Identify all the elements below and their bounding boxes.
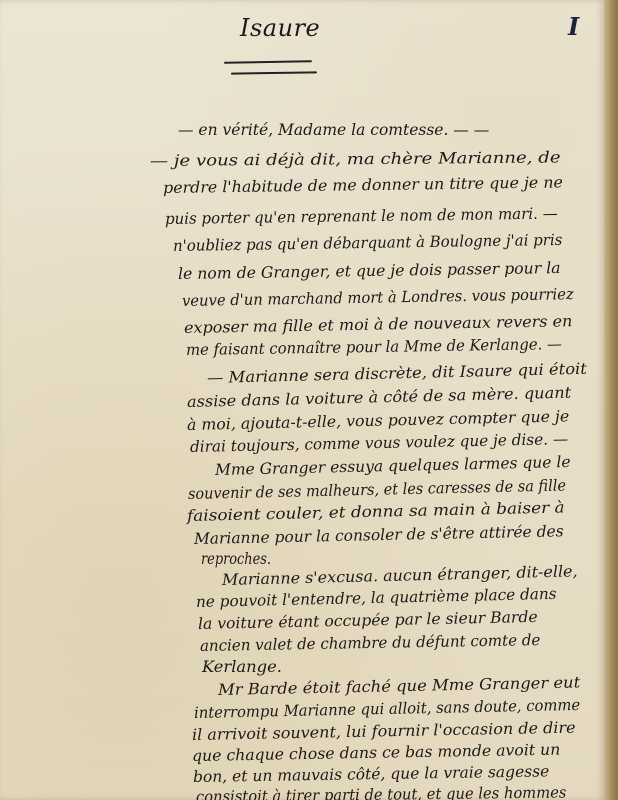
manuscript-line: me faisant connaître pour la Mme de Kerl…	[186, 334, 562, 360]
manuscript-line: veuve d'un marchand mort à Londres. vous…	[182, 284, 574, 311]
title-underline-2	[231, 71, 317, 74]
manuscript-line: la voiture étant occupée par le sieur Ba…	[198, 607, 538, 634]
manuscript-line: puis porter qu'en reprenant le nom de mo…	[165, 204, 558, 229]
title-underline-1	[224, 60, 312, 64]
manuscript-line: perdre l'habitude de me donner un titre …	[163, 172, 563, 198]
manuscript-page: Isaure I — en vérité, Madame la comtesse…	[0, 0, 604, 800]
manuscript-line: Marianne pour la consoler de s'être atti…	[194, 521, 564, 549]
manuscript-line: reproches.	[201, 549, 271, 569]
manuscript-line: Kerlange.	[202, 657, 282, 677]
manuscript-line: — en vérité, Madame la comtesse. — —	[178, 120, 558, 140]
binding-edge	[604, 0, 618, 800]
manuscript-line: — je vous ai déjà dit, ma chère Marianne…	[150, 147, 561, 171]
manuscript-line: n'oubliez pas qu'en débarquant à Boulogn…	[173, 230, 563, 256]
manuscript-line: le nom de Granger, et que je dois passer…	[178, 258, 561, 284]
manuscript-line: ancien valet de chambre du défunt comte …	[200, 630, 541, 656]
page-number: I	[568, 12, 579, 41]
document-title: Isaure	[240, 14, 320, 42]
